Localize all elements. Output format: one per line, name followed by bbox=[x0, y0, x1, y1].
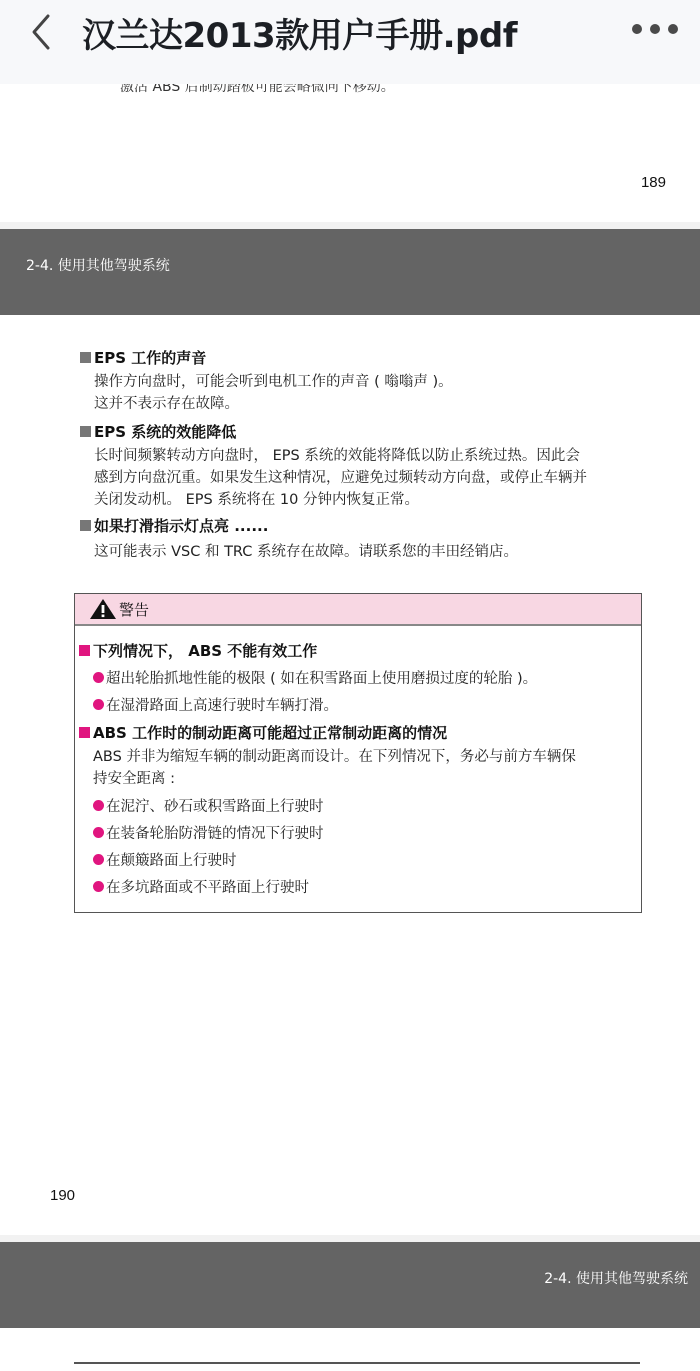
page-number: 189 bbox=[641, 174, 666, 191]
warning-item: 在装备轮胎防滑链的情况下行驶时 bbox=[93, 822, 324, 843]
section-title: EPS 系统的效能降低 bbox=[80, 421, 236, 442]
square-bullet-icon bbox=[80, 520, 91, 531]
box-top-edge bbox=[74, 1362, 640, 1364]
bullet-dot-icon bbox=[93, 881, 104, 892]
bullet-dot-icon bbox=[93, 800, 104, 811]
square-bullet-icon bbox=[79, 727, 90, 738]
back-button[interactable] bbox=[26, 12, 58, 52]
bullet-dot-icon bbox=[93, 854, 104, 865]
warning-item: 在泥泞、砂石或积雪路面上行驶时 bbox=[93, 795, 324, 816]
warning-header: 警告 bbox=[75, 594, 641, 626]
section-title: 如果打滑指示灯点亮 ...... bbox=[80, 515, 268, 536]
top-bar: 汉兰达2013款用户手册.pdf bbox=[0, 0, 700, 84]
section-title: EPS 工作的声音 bbox=[80, 347, 206, 368]
page-number: 190 bbox=[50, 1187, 75, 1204]
warning-item: 在颠簸路面上行驶时 bbox=[93, 849, 237, 870]
warning-body: ABS 并非为缩短车辆的制动距离而设计。在下列情况下，务必与前方车辆保 持安全距… bbox=[93, 746, 638, 790]
warning-triangle-icon bbox=[89, 598, 117, 620]
section-body: 操作方向盘时，可能会听到电机工作的声音 ( 嗡嗡声 )。 这并不表示存在故障。 bbox=[94, 371, 644, 415]
warning-title: ABS 工作时的制动距离可能超过正常制动距离的情况 bbox=[79, 722, 447, 743]
more-dot-icon bbox=[632, 24, 642, 34]
section-band-label: 2-4. 使用其他驾驶系统 bbox=[544, 1268, 688, 1288]
warning-box: 警告 下列情况下， ABS 不能有效工作 超出轮胎抓地性能的极限 ( 如在积雪路… bbox=[74, 593, 642, 913]
warning-item: 在湿滑路面上高速行驶时车辆打滑。 bbox=[93, 694, 338, 715]
section-body: 长时间频繁转动方向盘时， EPS 系统的效能将降低以防止系统过热。因此会 感到方… bbox=[94, 445, 644, 511]
bullet-dot-icon bbox=[93, 827, 104, 838]
pdf-page-191: 2-4. 使用其他驾驶系统 bbox=[0, 1242, 700, 1371]
square-bullet-icon bbox=[79, 645, 90, 656]
warning-item: 超出轮胎抓地性能的极限 ( 如在积雪路面上使用磨损过度的轮胎 )。 bbox=[93, 667, 537, 688]
pdf-page-189: 激活 ABS 后制动踏板可能会略微向下移动。 189 bbox=[0, 60, 700, 222]
section-band: 2-4. 使用其他驾驶系统 bbox=[0, 229, 700, 315]
warning-label: 警告 bbox=[119, 599, 149, 620]
document-title: 汉兰达2013款用户手册.pdf bbox=[82, 8, 517, 57]
chevron-left-icon bbox=[26, 12, 58, 52]
square-bullet-icon bbox=[80, 352, 91, 363]
pdf-page-190: 2-4. 使用其他驾驶系统 EPS 工作的声音 操作方向盘时，可能会听到电机工作… bbox=[0, 229, 700, 1235]
bullet-dot-icon bbox=[93, 699, 104, 710]
warning-title: 下列情况下， ABS 不能有效工作 bbox=[79, 640, 317, 661]
bullet-dot-icon bbox=[93, 672, 104, 683]
warning-item: 在多坑路面或不平路面上行驶时 bbox=[93, 876, 309, 897]
square-bullet-icon bbox=[80, 426, 91, 437]
more-dot-icon bbox=[650, 24, 660, 34]
section-band-label: 2-4. 使用其他驾驶系统 bbox=[26, 255, 170, 275]
more-options-button[interactable] bbox=[632, 24, 678, 34]
more-dot-icon bbox=[668, 24, 678, 34]
section-band: 2-4. 使用其他驾驶系统 bbox=[0, 1242, 700, 1328]
section-body: 这可能表示 VSC 和 TRC 系统存在故障。请联系您的丰田经销店。 bbox=[94, 541, 644, 563]
